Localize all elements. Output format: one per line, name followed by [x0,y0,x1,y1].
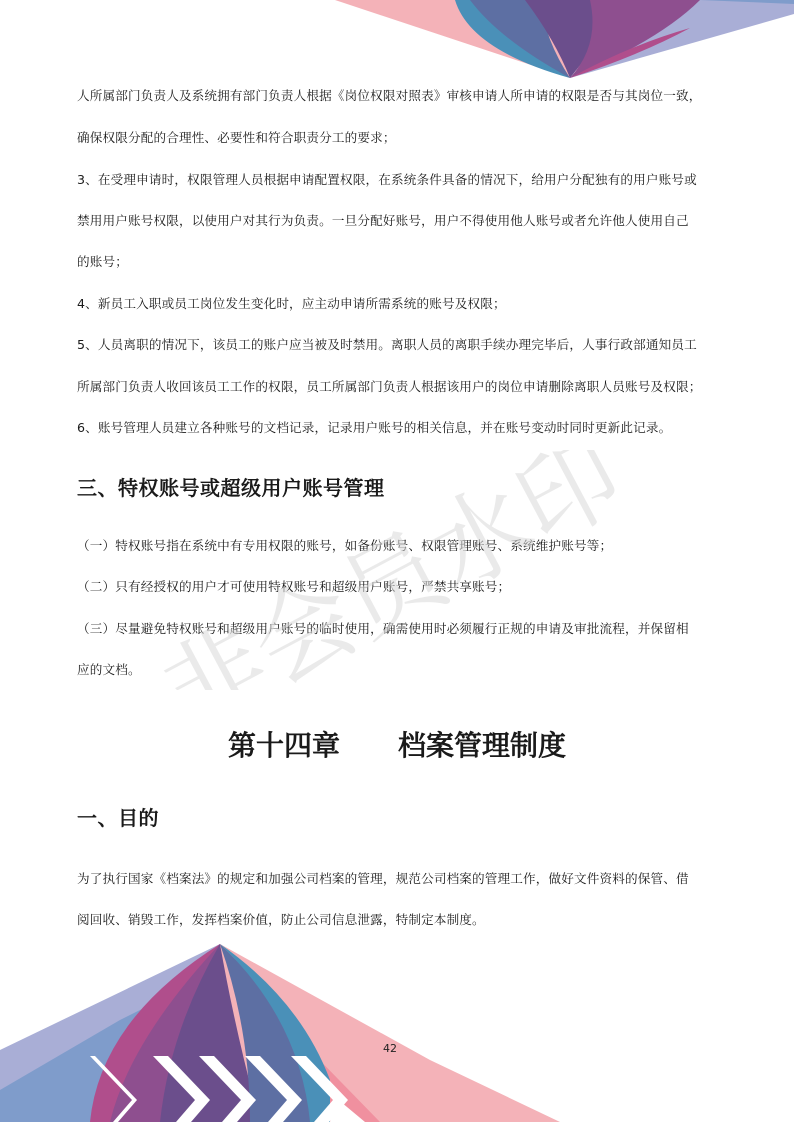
paragraph-line: 阅回收、销毁工作，发挥档案价值，防止公司信息泄露，特制定本制度。 [77,911,719,929]
list-item-4: 4、新员工入职或员工岗位发生变化时，应主动申请所需系统的账号及权限； [77,295,719,313]
list-item-5-cont: 所属部门负责人收回该员工工作的权限，员工所属部门负责人根据该用户的岗位申请删除离… [77,378,719,396]
paragraph-line: 为了执行国家《档案法》的规定和加强公司档案的管理，规范公司档案的管理工作，做好文… [77,870,719,888]
list-item: （二）只有经授权的用户才可使用特权账号和超级用户账号，严禁共享账号； [77,578,719,596]
paragraph-line: 人所属部门负责人及系统拥有部门负责人根据《岗位权限对照表》审核申请人所申请的权限… [77,87,719,105]
section-heading: 一、目的 [77,804,159,832]
page-number: 42 [383,1042,397,1055]
document-page: 人所属部门负责人及系统拥有部门负责人根据《岗位权限对照表》审核申请人所申请的权限… [0,0,794,1122]
chapter-title: 第十四章档案管理制度 [0,728,794,764]
list-item-6: 6、账号管理人员建立各种账号的文档记录，记录用户账号的相关信息，并在账号变动时同… [77,419,719,437]
list-item-3-cont: 的账号； [77,253,719,271]
list-item: （三）尽量避免特权账号和超级用户账号的临时使用，确需使用时必须履行正规的申请及审… [77,620,719,638]
list-item-5: 5、人员离职的情况下，该员工的账户应当被及时禁用。离职人员的离职手续办理完毕后，… [77,336,719,354]
section-heading: 三、特权账号或超级用户账号管理 [77,474,385,502]
chapter-name: 档案管理制度 [398,729,566,762]
list-item-3: 3、在受理申请时，权限管理人员根据申请配置权限，在系统条件具备的情况下，给用户分… [77,171,719,189]
chapter-number: 第十四章 [228,729,340,762]
paragraph-line: 确保权限分配的合理性、必要性和符合职责分工的要求； [77,129,719,147]
list-item-3-cont: 禁用用户账号权限，以使用户对其行为负责。一旦分配好账号，用户不得使用他人账号或者… [77,212,719,230]
list-item: （一）特权账号指在系统中有专用权限的账号，如备份账号、权限管理账号、系统维护账号… [77,537,719,555]
list-item-cont: 应的文档。 [77,661,719,679]
